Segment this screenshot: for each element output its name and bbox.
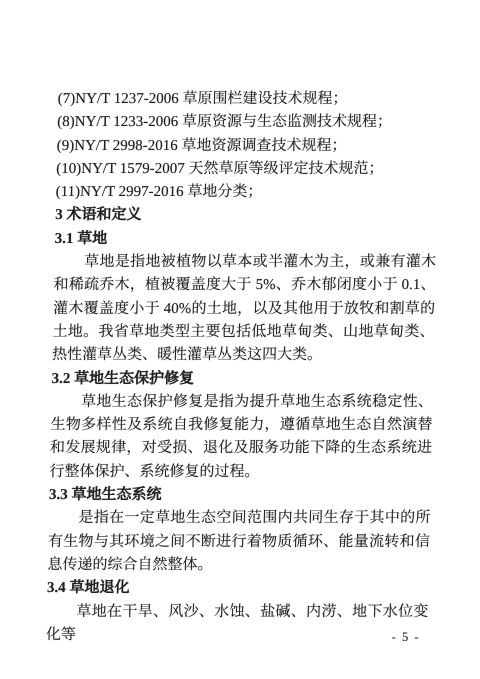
section-heading-3-3: 3.3 草地生态系统: [49, 484, 432, 507]
section-body-3-3: 是指在一定草地生态空间范围内共同生存于其中的所有生物与其环境之间不断进行着物质循…: [47, 507, 431, 577]
section-heading-3-1: 3.1 草地: [54, 228, 437, 251]
section-body-3-4: 草地在干旱、风沙、水蚀、盐碱、内涝、地下水位变化等: [46, 601, 429, 648]
section-body-3-1: 草地是指地被植物以草本或半灌木为主，或兼有灌木和稀疏乔木，植被覆盖度大于 5%、…: [52, 251, 437, 367]
reference-item-10: (10)NY/T 1579-2007 天然草原等级评定技术规范；: [56, 158, 439, 181]
section-body-3-2: 草地生态保护修复是指为提升草地生态系统稳定性、生物多样性及系统自我修复能力，遵循…: [49, 391, 433, 484]
page-number: - 5 -: [392, 630, 420, 645]
document-page: (7)NY/T 1237-2006 草原围栏建设技术规程； (8)NY/T 12…: [0, 0, 480, 679]
reference-item-8: (8)NY/T 1233-2006 草原资源与生态监测技术规程；: [57, 111, 440, 134]
reference-item-11: (11)NY/T 2997-2016 草地分类；: [55, 181, 438, 204]
chapter-heading: 3 术语和定义: [55, 204, 438, 227]
reference-item-7: (7)NY/T 1237-2006 草原围栏建设技术规程；: [57, 88, 440, 111]
reference-item-9: (9)NY/T 2998-2016 草地资源调查技术规程；: [56, 135, 439, 158]
page-content: (7)NY/T 1237-2006 草原围栏建设技术规程； (8)NY/T 12…: [46, 88, 440, 647]
section-heading-3-2: 3.2 草地生态保护修复: [51, 368, 434, 391]
section-heading-3-4: 3.4 草地退化: [47, 577, 430, 600]
